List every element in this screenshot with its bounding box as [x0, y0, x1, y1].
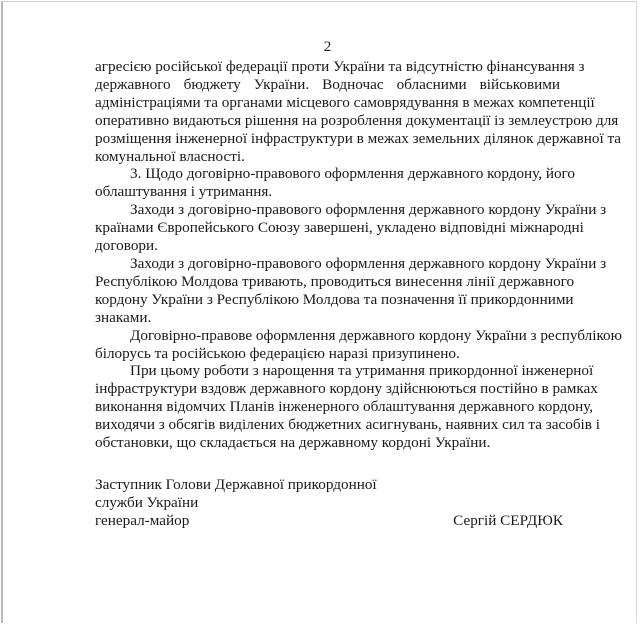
text-line: комунальної власності.: [95, 148, 560, 166]
document-body: 2 агресією російської федерації проти Ук…: [95, 38, 560, 452]
text-line: знаками.: [95, 309, 560, 327]
text-line: кордону України з Республікою Молдова та…: [95, 291, 560, 309]
paragraph-section-3: 3. Щодо договірно-правового оформлення д…: [95, 165, 560, 201]
document-page: 2 агресією російської федерації проти Ук…: [1, 1, 637, 623]
text-line: облаштування і утримання.: [95, 183, 560, 201]
text-line: оперативно видаються рішення на розробле…: [95, 112, 560, 130]
text-line: державного бюджету України. Водночас обл…: [95, 76, 560, 94]
text-line: інфраструктури вздовж державного кордону…: [95, 380, 560, 398]
text-line: При цьому роботи з нарощення та утриманн…: [95, 362, 560, 380]
signature-block: Заступник Голови Державної прикордонної …: [95, 476, 565, 530]
text-line: Заходи з договірно-правового оформлення …: [95, 201, 560, 219]
text-line: обстановки, що складається на державному…: [95, 434, 560, 452]
text-line: Республікою Молдова тривають, проводитьс…: [95, 273, 560, 291]
text-line: адміністраціями та органами місцевого са…: [95, 94, 560, 112]
signatory-title-line-1: Заступник Голови Державної прикордонної: [95, 476, 565, 494]
signatory-title-line-2: служби України: [95, 494, 565, 512]
paragraph-infrastructure: При цьому роботи з нарощення та утриманн…: [95, 362, 560, 452]
paragraph-moldova-border: Заходи з договірно-правового оформлення …: [95, 255, 560, 327]
text-line: білорусь та російською федерацією наразі…: [95, 345, 560, 363]
text-line: розміщення інженерної інфраструктури в м…: [95, 130, 560, 148]
paragraph-eu-borders: Заходи з договірно-правового оформлення …: [95, 201, 560, 255]
page-number: 2: [95, 38, 560, 56]
text-line: договори.: [95, 237, 560, 255]
text-line: виконання відомчих Планів інженерного об…: [95, 398, 560, 416]
signatory-rank: генерал-майор: [95, 512, 189, 530]
text-line: виходячи з обсягів виділених бюджетних а…: [95, 416, 560, 434]
text-line: Заходи з договірно-правового оформлення …: [95, 255, 560, 273]
text-line: агресією російської федерації проти Укра…: [95, 58, 560, 76]
text-line: Договірно-правове оформлення державного …: [95, 327, 560, 345]
text-line: 3. Щодо договірно-правового оформлення д…: [95, 165, 560, 183]
paragraph-continuation: агресією російської федерації проти Укра…: [95, 58, 560, 165]
paragraph-belarus-russia-border: Договірно-правове оформлення державного …: [95, 327, 560, 363]
signatory-rank-row: генерал-майор Сергій СЕРДЮК: [95, 512, 565, 530]
text-line: країнами Європейського Союзу завершені, …: [95, 219, 560, 237]
signatory-name: Сергій СЕРДЮК: [453, 512, 565, 530]
